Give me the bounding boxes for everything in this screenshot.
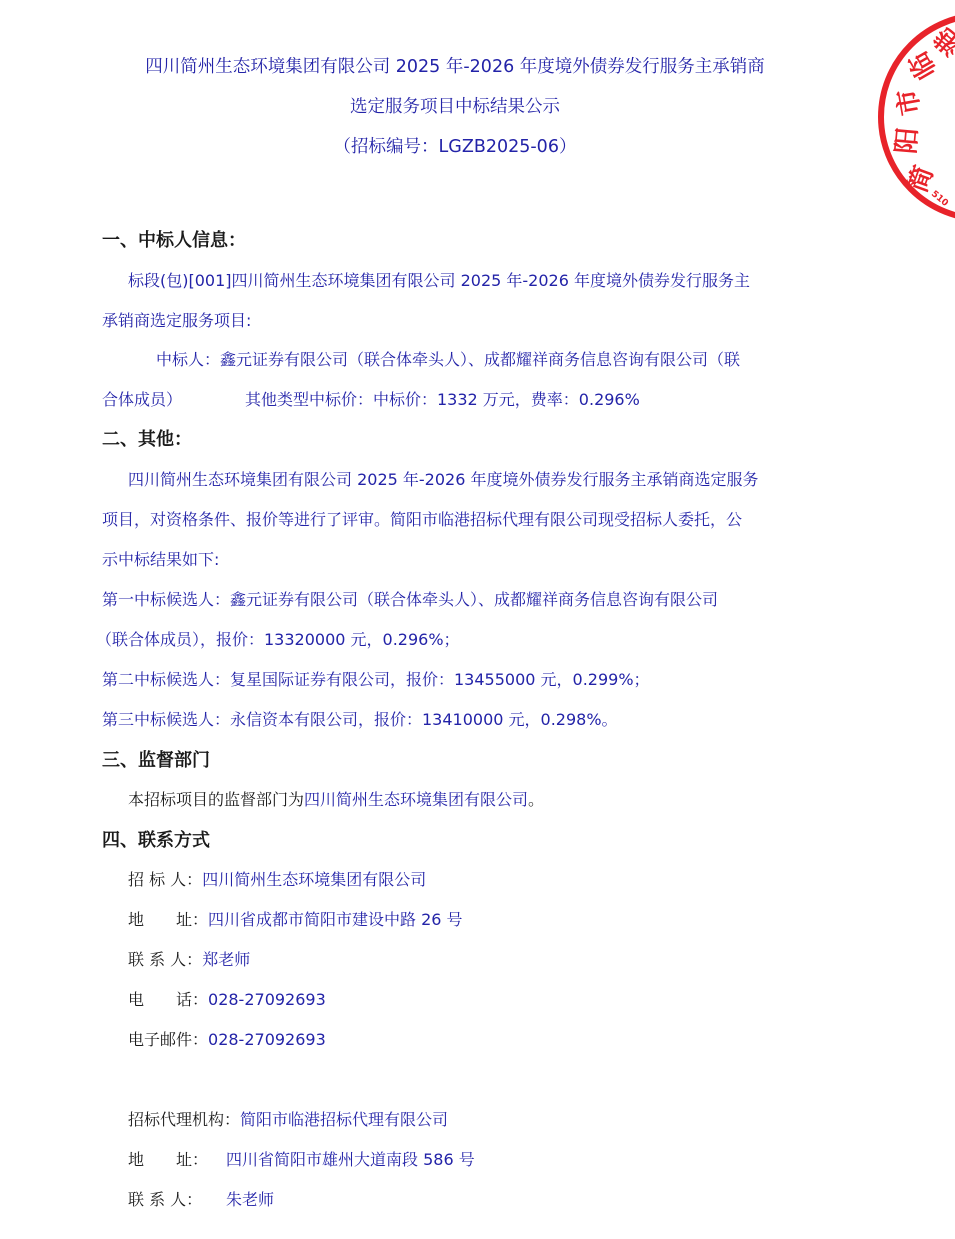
tenderer-address: 四川省成都市简阳市建设中路 26 号 <box>208 910 463 929</box>
candidate-1-line2: （联合体成员），报价：13320000 元，0.296%； <box>96 629 460 651</box>
tender-number: （招标编号：LGZB2025-06） <box>0 135 910 159</box>
field-label: 电子邮件： <box>128 1029 208 1051</box>
agency-name-row: 招标代理机构：简阳市临港招标代理有限公司 <box>128 1109 448 1131</box>
field-label: 电 话： <box>128 989 208 1011</box>
lot-description-line2: 承销商选定服务项目: <box>102 310 251 332</box>
review-paragraph-line1: 四川简州生态环境集团有限公司 2025 年-2026 年度境外债券发行服务主承销… <box>128 469 758 491</box>
tenderer-phone: 028-27092693 <box>208 990 326 1009</box>
tenderer-address-row: 地 址：四川省成都市简阳市建设中路 26 号 <box>128 909 463 931</box>
field-label: 招 标 人： <box>128 869 202 891</box>
candidate-1-line1: 第一中标候选人：鑫元证券有限公司（联合体牵头人）、成都耀祥商务信息咨询有限公司 <box>102 589 718 611</box>
agency-contact-row: 联 系 人：朱老师 <box>128 1189 274 1211</box>
agency-contact: 朱老师 <box>226 1190 274 1209</box>
review-paragraph-line3: 示中标结果如下: <box>102 549 219 571</box>
section2-heading: 二、其他： <box>102 428 192 452</box>
document-title-line2: 选定服务项目中标结果公示 <box>0 95 910 119</box>
tenderer-phone-row: 电 话：028-27092693 <box>128 989 326 1011</box>
supervision-prefix: 本招标项目的监督部门为 <box>128 790 304 809</box>
review-paragraph-line2: 项目，对资格条件、报价等进行了评审。简阳市临港招标代理有限公司现受招标人委托，公 <box>102 509 742 531</box>
agency-address: 四川省简阳市雄州大道南段 586 号 <box>226 1150 475 1169</box>
section3-heading: 三、监督部门 <box>102 749 210 773</box>
field-label: 地 址： <box>128 1149 226 1171</box>
field-label: 地 址： <box>128 909 208 931</box>
tenderer-email: 028-27092693 <box>208 1030 326 1049</box>
candidate-3: 第三中标候选人：永信资本有限公司，报价：13410000 元，0.298%。 <box>102 709 618 731</box>
winner-line1: 中标人：鑫元证券有限公司（联合体牵头人）、成都耀祥商务信息咨询有限公司（联 <box>156 349 740 371</box>
lot-description-line1: 标段(包)[001]四川简州生态环境集团有限公司 2025 年-2026 年度境… <box>128 270 750 292</box>
tenderer-email-row: 电子邮件：028-27092693 <box>128 1029 326 1051</box>
seal-number: 510 <box>929 189 950 209</box>
tenderer-name: 四川简州生态环境集团有限公司 <box>202 870 426 889</box>
supervision-text: 本招标项目的监督部门为四川简州生态环境集团有限公司。 <box>128 789 544 811</box>
field-label: 招标代理机构： <box>128 1109 240 1131</box>
section1-heading: 一、中标人信息： <box>102 229 246 253</box>
winner-line2-a: 合体成员） <box>102 389 182 411</box>
tenderer-contact-row: 联 系 人：郑老师 <box>128 949 250 971</box>
agency-name: 简阳市临港招标代理有限公司 <box>240 1110 448 1129</box>
field-label: 联 系 人： <box>128 1189 226 1211</box>
tenderer-name-row: 招 标 人：四川简州生态环境集团有限公司 <box>128 869 426 891</box>
field-label: 联 系 人： <box>128 949 202 971</box>
supervision-suffix: 。 <box>528 790 544 809</box>
candidate-2: 第二中标候选人：复星国际证券有限公司，报价：13455000 元，0.299%； <box>102 669 650 691</box>
supervision-org: 四川简州生态环境集团有限公司 <box>304 790 528 809</box>
document-title-line1: 四川简州生态环境集团有限公司 2025 年-2026 年度境外债券发行服务主承销… <box>0 55 910 79</box>
tenderer-contact: 郑老师 <box>202 950 250 969</box>
agency-address-row: 地 址：四川省简阳市雄州大道南段 586 号 <box>128 1149 475 1171</box>
winning-price: 其他类型中标价：中标价：1332 万元，费率：0.296% <box>245 389 640 411</box>
section4-heading: 四、联系方式 <box>102 829 210 853</box>
